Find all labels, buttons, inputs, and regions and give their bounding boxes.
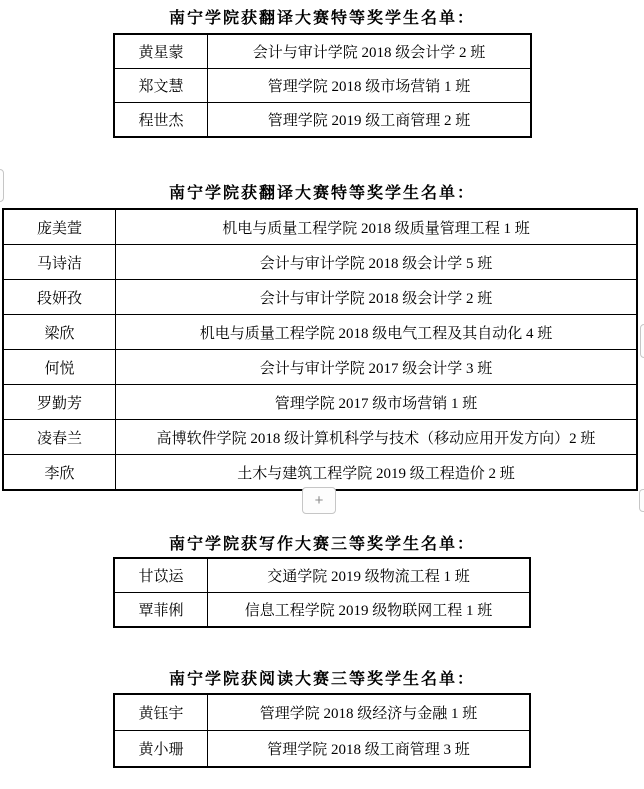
student-name-cell: 庞美萱 [3,209,116,245]
table-row: 庞美萱 机电与质量工程学院 2018 级质量管理工程 1 班 [3,209,637,245]
student-class-cell: 机电与质量工程学院 2018 级质量管理工程 1 班 [116,209,638,245]
table-row: 郑文慧 管理学院 2018 级市场营销 1 班 [114,69,531,103]
table-row: 梁欣 机电与质量工程学院 2018 级电气工程及其自动化 4 班 [3,315,637,350]
awards-table-writing-third: 甘苡运 交通学院 2019 级物流工程 1 班 覃菲俐 信息工程学院 2019 … [113,557,531,628]
student-name-cell: 覃菲俐 [114,593,208,628]
awards-table-translation-special-2: 庞美萱 机电与质量工程学院 2018 级质量管理工程 1 班 马诗洁 会计与审计… [2,208,638,491]
table-row: 覃菲俐 信息工程学院 2019 级物联网工程 1 班 [114,593,530,628]
table-row: 凌春兰 高博软件学院 2018 级计算机科学与技术（移动应用开发方向）2 班 [3,420,637,455]
student-class-cell: 管理学院 2018 级工商管理 3 班 [208,731,531,768]
student-class-cell: 管理学院 2019 级工商管理 2 班 [208,103,532,138]
student-name-cell: 凌春兰 [3,420,116,455]
student-name-cell: 程世杰 [114,103,208,138]
add-row-button-right-clipped-2[interactable] [639,489,644,512]
student-class-cell: 会计与审计学院 2018 级会计学 2 班 [116,280,638,315]
table-row: 程世杰 管理学院 2019 级工商管理 2 班 [114,103,531,138]
table-row: 马诗洁 会计与审计学院 2018 级会计学 5 班 [3,245,637,280]
awards-table-translation-special-1: 黄星蒙 会计与审计学院 2018 级会计学 2 班 郑文慧 管理学院 2018 … [113,33,532,138]
student-name-cell: 马诗洁 [3,245,116,280]
document-page: { "sections": [ { "title": "南宁学院获翻译大赛特等奖… [0,0,644,789]
student-name-cell: 罗勤芳 [3,385,116,420]
student-name-cell: 郑文慧 [114,69,208,103]
section-title-translation-special-2: 南宁学院获翻译大赛特等奖学生名单： [0,180,644,203]
student-class-cell: 土木与建筑工程学院 2019 级工程造价 2 班 [116,455,638,491]
table-row: 甘苡运 交通学院 2019 级物流工程 1 班 [114,558,530,593]
table-row: 罗勤芳 管理学院 2017 级市场营销 1 班 [3,385,637,420]
student-name-cell: 甘苡运 [114,558,208,593]
section-title-translation-special-1: 南宁学院获翻译大赛特等奖学生名单： [0,5,644,28]
student-name-cell: 黄星蒙 [114,34,208,69]
table-row: 黄钰宇 管理学院 2018 级经济与金融 1 班 [114,694,530,731]
table-row: 段妍孜 会计与审计学院 2018 级会计学 2 班 [3,280,637,315]
section-title-reading-third: 南宁学院获阅读大赛三等奖学生名单： [0,666,644,689]
awards-table-reading-third: 黄钰宇 管理学院 2018 级经济与金融 1 班 黄小珊 管理学院 2018 级… [113,693,531,768]
section-title-writing-third: 南宁学院获写作大赛三等奖学生名单： [0,531,644,554]
student-class-cell: 会计与审计学院 2018 级会计学 5 班 [116,245,638,280]
table-row: 何悦 会计与审计学院 2017 级会计学 3 班 [3,350,637,385]
student-name-cell: 段妍孜 [3,280,116,315]
student-name-cell: 黄钰宇 [114,694,208,731]
student-class-cell: 信息工程学院 2019 级物联网工程 1 班 [208,593,531,628]
student-class-cell: 交通学院 2019 级物流工程 1 班 [208,558,531,593]
student-name-cell: 李欣 [3,455,116,491]
student-class-cell: 管理学院 2017 级市场营销 1 班 [116,385,638,420]
student-class-cell: 机电与质量工程学院 2018 级电气工程及其自动化 4 班 [116,315,638,350]
student-class-cell: 会计与审计学院 2017 级会计学 3 班 [116,350,638,385]
student-class-cell: 会计与审计学院 2018 级会计学 2 班 [208,34,532,69]
table-row: 黄小珊 管理学院 2018 级工商管理 3 班 [114,731,530,768]
student-name-cell: 黄小珊 [114,731,208,768]
table-row: 李欣 土木与建筑工程学院 2019 级工程造价 2 班 [3,455,637,491]
student-class-cell: 管理学院 2018 级市场营销 1 班 [208,69,532,103]
student-class-cell: 高博软件学院 2018 级计算机科学与技术（移动应用开发方向）2 班 [116,420,638,455]
add-row-button[interactable]: + [302,487,336,514]
add-row-button-right-clipped[interactable] [640,324,644,358]
student-name-cell: 何悦 [3,350,116,385]
student-class-cell: 管理学院 2018 级经济与金融 1 班 [208,694,531,731]
table-row: 黄星蒙 会计与审计学院 2018 级会计学 2 班 [114,34,531,69]
student-name-cell: 梁欣 [3,315,116,350]
